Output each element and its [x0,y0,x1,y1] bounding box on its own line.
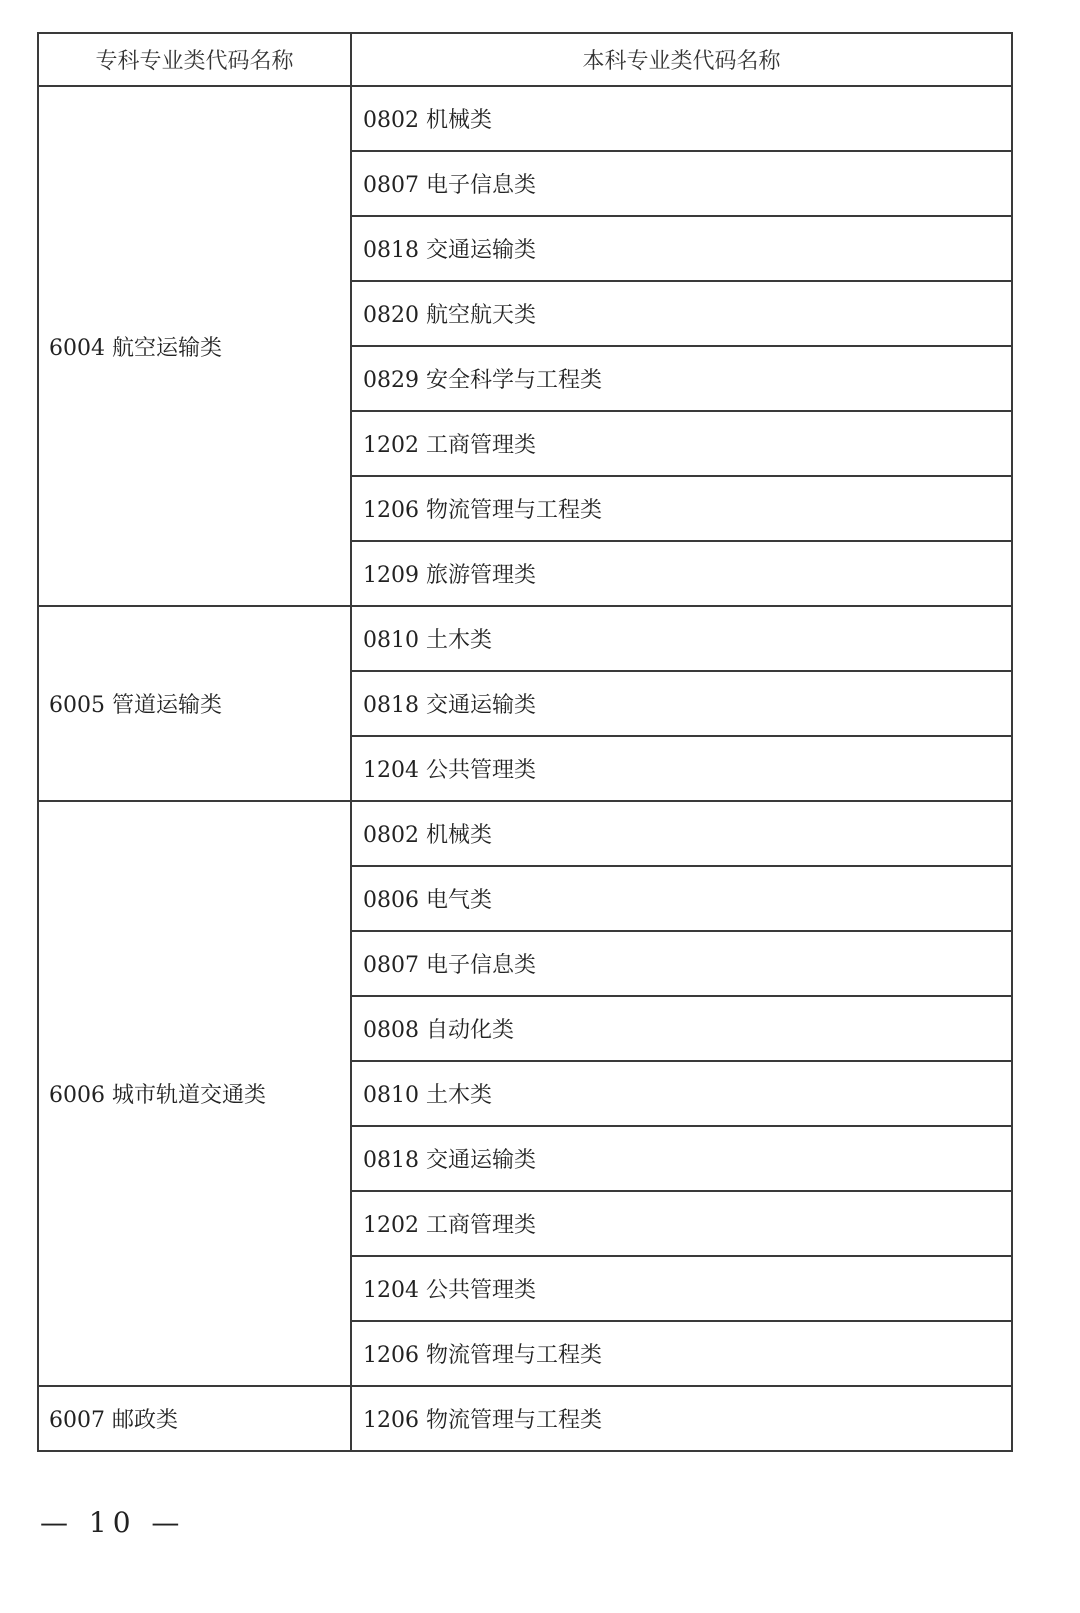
undergrad-cell: 0818 交通运输类 [351,216,1012,281]
undergrad-cell: 0807 电子信息类 [351,151,1012,216]
undergrad-cell: 1204 公共管理类 [351,1256,1012,1321]
undergrad-cell: 1202 工商管理类 [351,411,1012,476]
undergrad-cell: 1206 物流管理与工程类 [351,1386,1012,1451]
table-row: 6005 管道运输类0810 土木类 [38,606,1012,671]
table-row: 6006 城市轨道交通类0802 机械类 [38,801,1012,866]
undergrad-cell: 0802 机械类 [351,86,1012,151]
undergrad-cell: 0820 航空航天类 [351,281,1012,346]
undergrad-cell: 0808 自动化类 [351,996,1012,1061]
specialty-cell: 6004 航空运输类 [38,86,351,606]
undergrad-cell: 0807 电子信息类 [351,931,1012,996]
table-row: 6004 航空运输类0802 机械类 [38,86,1012,151]
page-number: — 10 — [40,1506,185,1539]
specialty-cell: 6007 邮政类 [38,1386,351,1451]
undergrad-cell: 1202 工商管理类 [351,1191,1012,1256]
undergrad-cell: 1206 物流管理与工程类 [351,1321,1012,1386]
undergrad-cell: 1206 物流管理与工程类 [351,476,1012,541]
undergrad-cell: 0818 交通运输类 [351,671,1012,736]
undergrad-cell: 1204 公共管理类 [351,736,1012,801]
undergrad-cell: 0810 土木类 [351,606,1012,671]
specialty-cell: 6005 管道运输类 [38,606,351,801]
undergrad-cell: 0829 安全科学与工程类 [351,346,1012,411]
table-row: 6007 邮政类1206 物流管理与工程类 [38,1386,1012,1451]
major-mapping-table: 专科专业类代码名称 本科专业类代码名称 6004 航空运输类0802 机械类08… [37,32,1013,1452]
undergrad-cell: 0818 交通运输类 [351,1126,1012,1191]
table-header-row: 专科专业类代码名称 本科专业类代码名称 [38,33,1012,86]
undergrad-cell: 0802 机械类 [351,801,1012,866]
header-specialty: 专科专业类代码名称 [38,33,351,86]
undergrad-cell: 0810 土木类 [351,1061,1012,1126]
undergrad-cell: 0806 电气类 [351,866,1012,931]
undergrad-cell: 1209 旅游管理类 [351,541,1012,606]
specialty-cell: 6006 城市轨道交通类 [38,801,351,1386]
header-undergrad: 本科专业类代码名称 [351,33,1012,86]
